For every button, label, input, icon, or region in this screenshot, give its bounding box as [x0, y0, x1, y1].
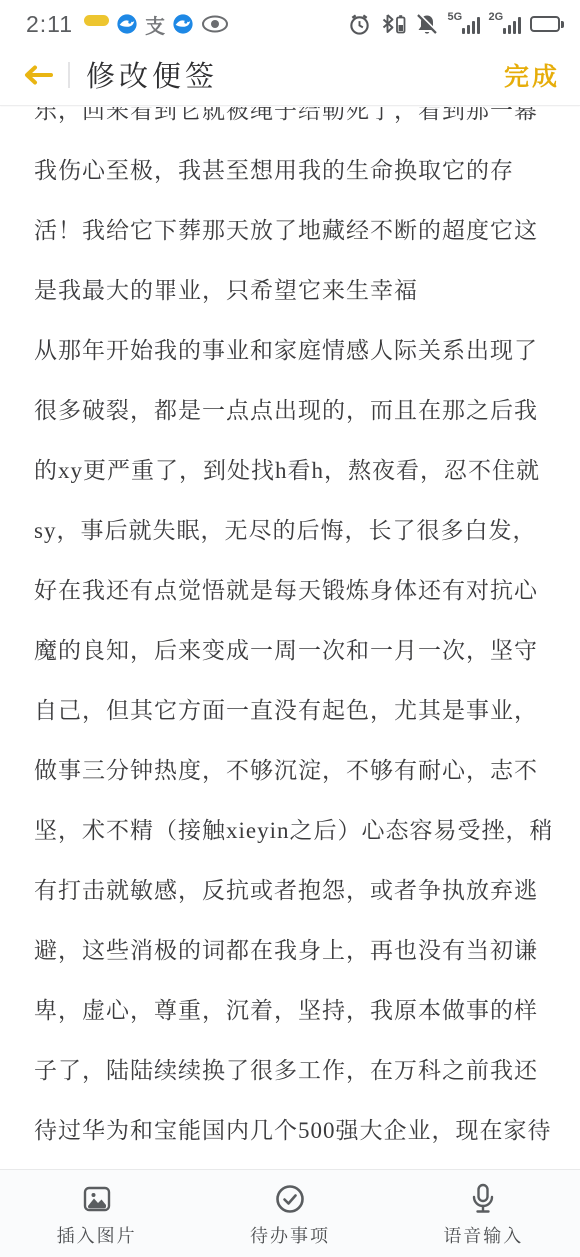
- note-line: 子了，陆陆续续换了很多工作，在万科之前我还: [34, 1041, 546, 1101]
- note-line: 的xy更严重了，到处找h看h，熬夜看，忍不住就: [34, 441, 546, 501]
- tool-label: 语音输入: [443, 1222, 523, 1248]
- done-button[interactable]: 完成: [504, 57, 560, 93]
- note-line: 有打击就敏感，反抗或者抱怨，或者争执放弃逃: [34, 861, 546, 921]
- note-line: 自己，但其它方面一直没有起色，尤其是事业，: [34, 681, 546, 741]
- note-line: 避，这些消极的词都在我身上，再也没有当初谦: [34, 921, 546, 981]
- note-line: 好在我还有点觉悟就是每天锻炼身体还有对抗心: [34, 561, 546, 621]
- note-line: 魔的良知，后来变成一周一次和一月一次，坚守: [34, 621, 546, 681]
- browser-app-icon: [116, 13, 138, 35]
- note-line: sy，事后就失眠，无尽的后悔，长了很多白发，: [34, 501, 546, 561]
- voice-input-button[interactable]: 语音输入: [387, 1170, 580, 1257]
- note-line: 从那年开始我的事业和家庭情感人际关系出现了: [34, 321, 546, 381]
- voice-input-mic-icon: [468, 1183, 498, 1215]
- browser-app-icon-2: [172, 13, 194, 35]
- note-editor-area[interactable]: 乐，回来看到它就被绳子给勒死了，看到那一幕 我伤心至极，我甚至想用我的生命换取它…: [0, 107, 580, 1169]
- status-time: 2:11: [26, 11, 73, 38]
- back-button[interactable]: [22, 61, 56, 89]
- note-line: 坚，术不精（接触xieyin之后）心态容易受挫，稍: [34, 801, 546, 861]
- todo-check-icon: [274, 1183, 306, 1215]
- note-line: 活！我给它下葬那天放了地藏经不断的超度它这: [34, 201, 546, 261]
- tool-label: 插入图片: [57, 1222, 137, 1248]
- note-line: 做事三分钟热度，不够沉淀，不够有耐心，志不: [34, 741, 546, 801]
- status-bar: 2:11 支: [0, 0, 580, 44]
- note-line: 卑，虚心，尊重，沉着，坚持，我原本做事的样: [34, 981, 546, 1041]
- note-line: 乐，回来看到它就被绳子给勒死了，看到那一幕: [34, 107, 546, 141]
- tool-label: 待办事项: [250, 1222, 330, 1248]
- signal-sim1-icon: 5G: [448, 12, 480, 36]
- back-arrow-icon: [22, 63, 54, 87]
- eye-icon: [201, 14, 229, 34]
- notification-pill-icon: [84, 15, 109, 26]
- header-divider: [68, 62, 70, 88]
- note-line: 我伤心至极，我甚至想用我的生命换取它的存: [34, 141, 546, 201]
- alipay-zhi-icon: 支: [145, 10, 165, 39]
- insert-image-icon: [81, 1183, 113, 1215]
- page-title: 修改便签: [86, 54, 218, 95]
- bell-muted-icon: [415, 13, 439, 35]
- bluetooth-battery-icon: [380, 13, 406, 35]
- note-line: 很多破裂，都是一点点出现的，而且在那之后我: [34, 381, 546, 441]
- note-text: 乐，回来看到它就被绳子给勒死了，看到那一幕 我伤心至极，我甚至想用我的生命换取它…: [0, 107, 580, 1161]
- todo-items-button[interactable]: 待办事项: [193, 1170, 386, 1257]
- bottom-toolbar: 插入图片 待办事项 语音输入: [0, 1169, 580, 1257]
- battery-icon: [530, 16, 565, 32]
- header: 修改便签 完成: [0, 44, 580, 106]
- note-line: 是我最大的罪业，只希望它来生幸福: [34, 261, 546, 321]
- alarm-clock-icon: [348, 13, 371, 36]
- note-line: 待过华为和宝能国内几个500强大企业，现在家待: [34, 1101, 546, 1161]
- signal-sim2-icon: 2G: [489, 12, 521, 36]
- insert-image-button[interactable]: 插入图片: [0, 1170, 193, 1257]
